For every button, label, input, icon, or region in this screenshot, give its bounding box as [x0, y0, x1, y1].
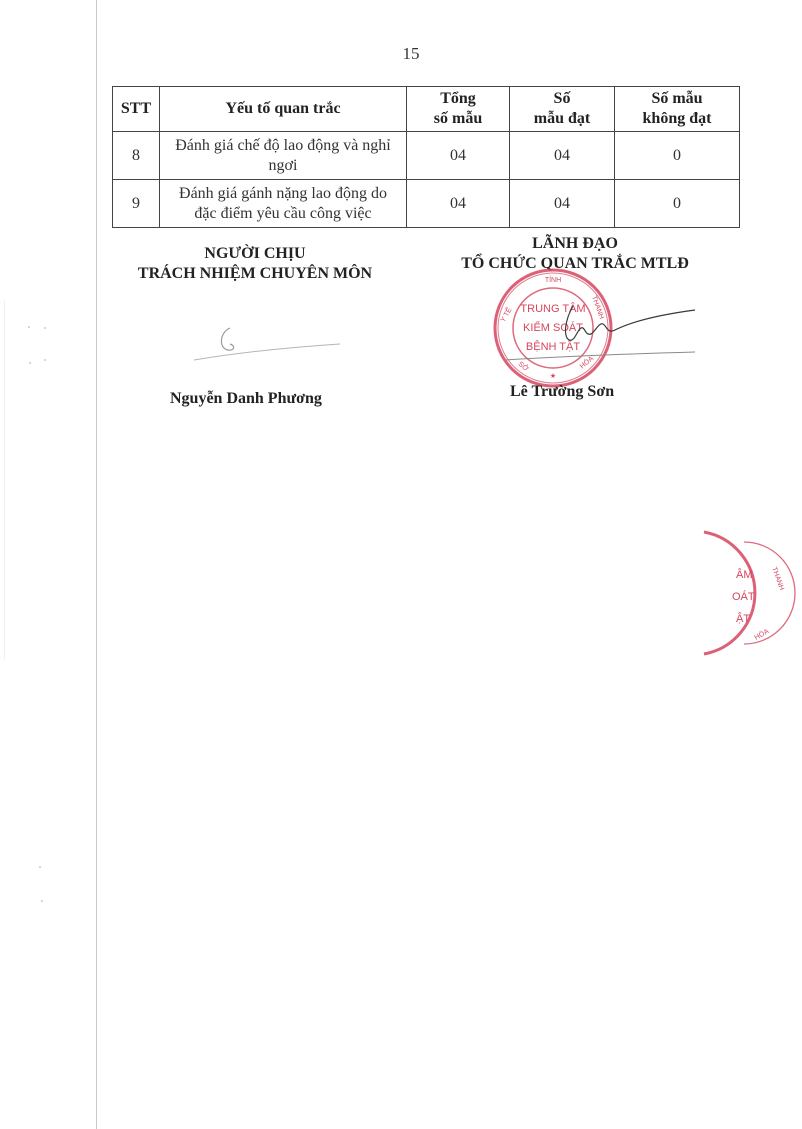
cell-stt: 8	[113, 132, 160, 180]
cell-total: 04	[407, 180, 510, 228]
signer-name-left: Nguyễn Danh Phương	[170, 390, 322, 408]
table-row: 9 Đánh giá gánh nặng lao động do đặc điể…	[113, 180, 740, 228]
partial-stamp-ring-bottom: HÓA	[753, 626, 771, 642]
header-fail: Số mẫu không đạt	[615, 87, 740, 132]
signer-title-line1: NGƯỜI CHỊU	[120, 244, 390, 264]
header-total-line1: Tổng	[411, 89, 505, 109]
header-fail-line1: Số mẫu	[619, 89, 735, 109]
header-fail-line2: không đạt	[619, 109, 735, 129]
scan-speck	[29, 362, 31, 364]
cell-pass: 04	[510, 180, 615, 228]
signer-title-line2: TRÁCH NHIỆM CHUYÊN MÔN	[120, 264, 390, 284]
table-row: 8 Đánh giá chế độ lao động và nghỉ ngơi …	[113, 132, 740, 180]
header-stt: STT	[113, 87, 160, 132]
cell-fail: 0	[615, 180, 740, 228]
table-header-row: STT Yếu tố quan trắc Tổng số mẫu Số mẫu …	[113, 87, 740, 132]
scan-speck	[44, 327, 46, 329]
signer-name-right: Lê Trường Sơn	[510, 383, 614, 401]
cell-factor: Đánh giá gánh nặng lao động do đặc điểm …	[160, 180, 407, 228]
cell-fail: 0	[615, 132, 740, 180]
signature-block-left: NGƯỜI CHỊU TRÁCH NHIỆM CHUYÊN MÔN	[120, 244, 390, 284]
scan-speck	[28, 326, 30, 328]
cell-factor-line1: Đánh giá chế độ lao động và nghỉ	[164, 136, 402, 156]
cell-total: 04	[407, 132, 510, 180]
partial-stamp-ring: THANH	[770, 566, 785, 591]
handwritten-signature-left	[190, 320, 350, 365]
partial-stamp-line-1: ÂM	[736, 568, 753, 581]
partial-stamp: ÂM OÁT ẬT THANH HÓA	[722, 528, 802, 658]
cell-factor: Đánh giá chế độ lao động và nghỉ ngơi	[160, 132, 407, 180]
cell-factor-line2: đặc điểm yêu cầu công việc	[164, 204, 402, 224]
cell-stt: 9	[113, 180, 160, 228]
cell-pass: 04	[510, 132, 615, 180]
page-margin-line	[96, 0, 97, 1129]
scan-speck	[44, 359, 46, 361]
partial-stamp-line-2: OÁT	[732, 590, 755, 603]
header-pass-line2: mẫu đạt	[514, 109, 610, 129]
scan-speck	[39, 866, 41, 868]
handwritten-signature-right	[545, 300, 715, 370]
signer-title-line1: LÃNH ĐẠO	[440, 234, 710, 254]
scan-edge-line	[4, 300, 5, 660]
stamp-star-icon: ★	[550, 372, 556, 380]
partial-stamp-line-3: ẬT	[736, 612, 750, 625]
header-factor: Yếu tố quan trắc	[160, 87, 407, 132]
scan-speck	[41, 900, 43, 902]
monitoring-results-table: STT Yếu tố quan trắc Tổng số mẫu Số mẫu …	[112, 86, 740, 228]
header-total-line2: số mẫu	[411, 109, 505, 129]
cell-factor-line2: ngơi	[164, 156, 402, 176]
header-pass: Số mẫu đạt	[510, 87, 615, 132]
header-total: Tổng số mẫu	[407, 87, 510, 132]
cell-factor-line1: Đánh giá gánh nặng lao động do	[164, 184, 402, 204]
page-number: 15	[0, 44, 802, 64]
stamp-ring-top: TỈNH	[545, 275, 561, 284]
header-pass-line1: Số	[514, 89, 610, 109]
